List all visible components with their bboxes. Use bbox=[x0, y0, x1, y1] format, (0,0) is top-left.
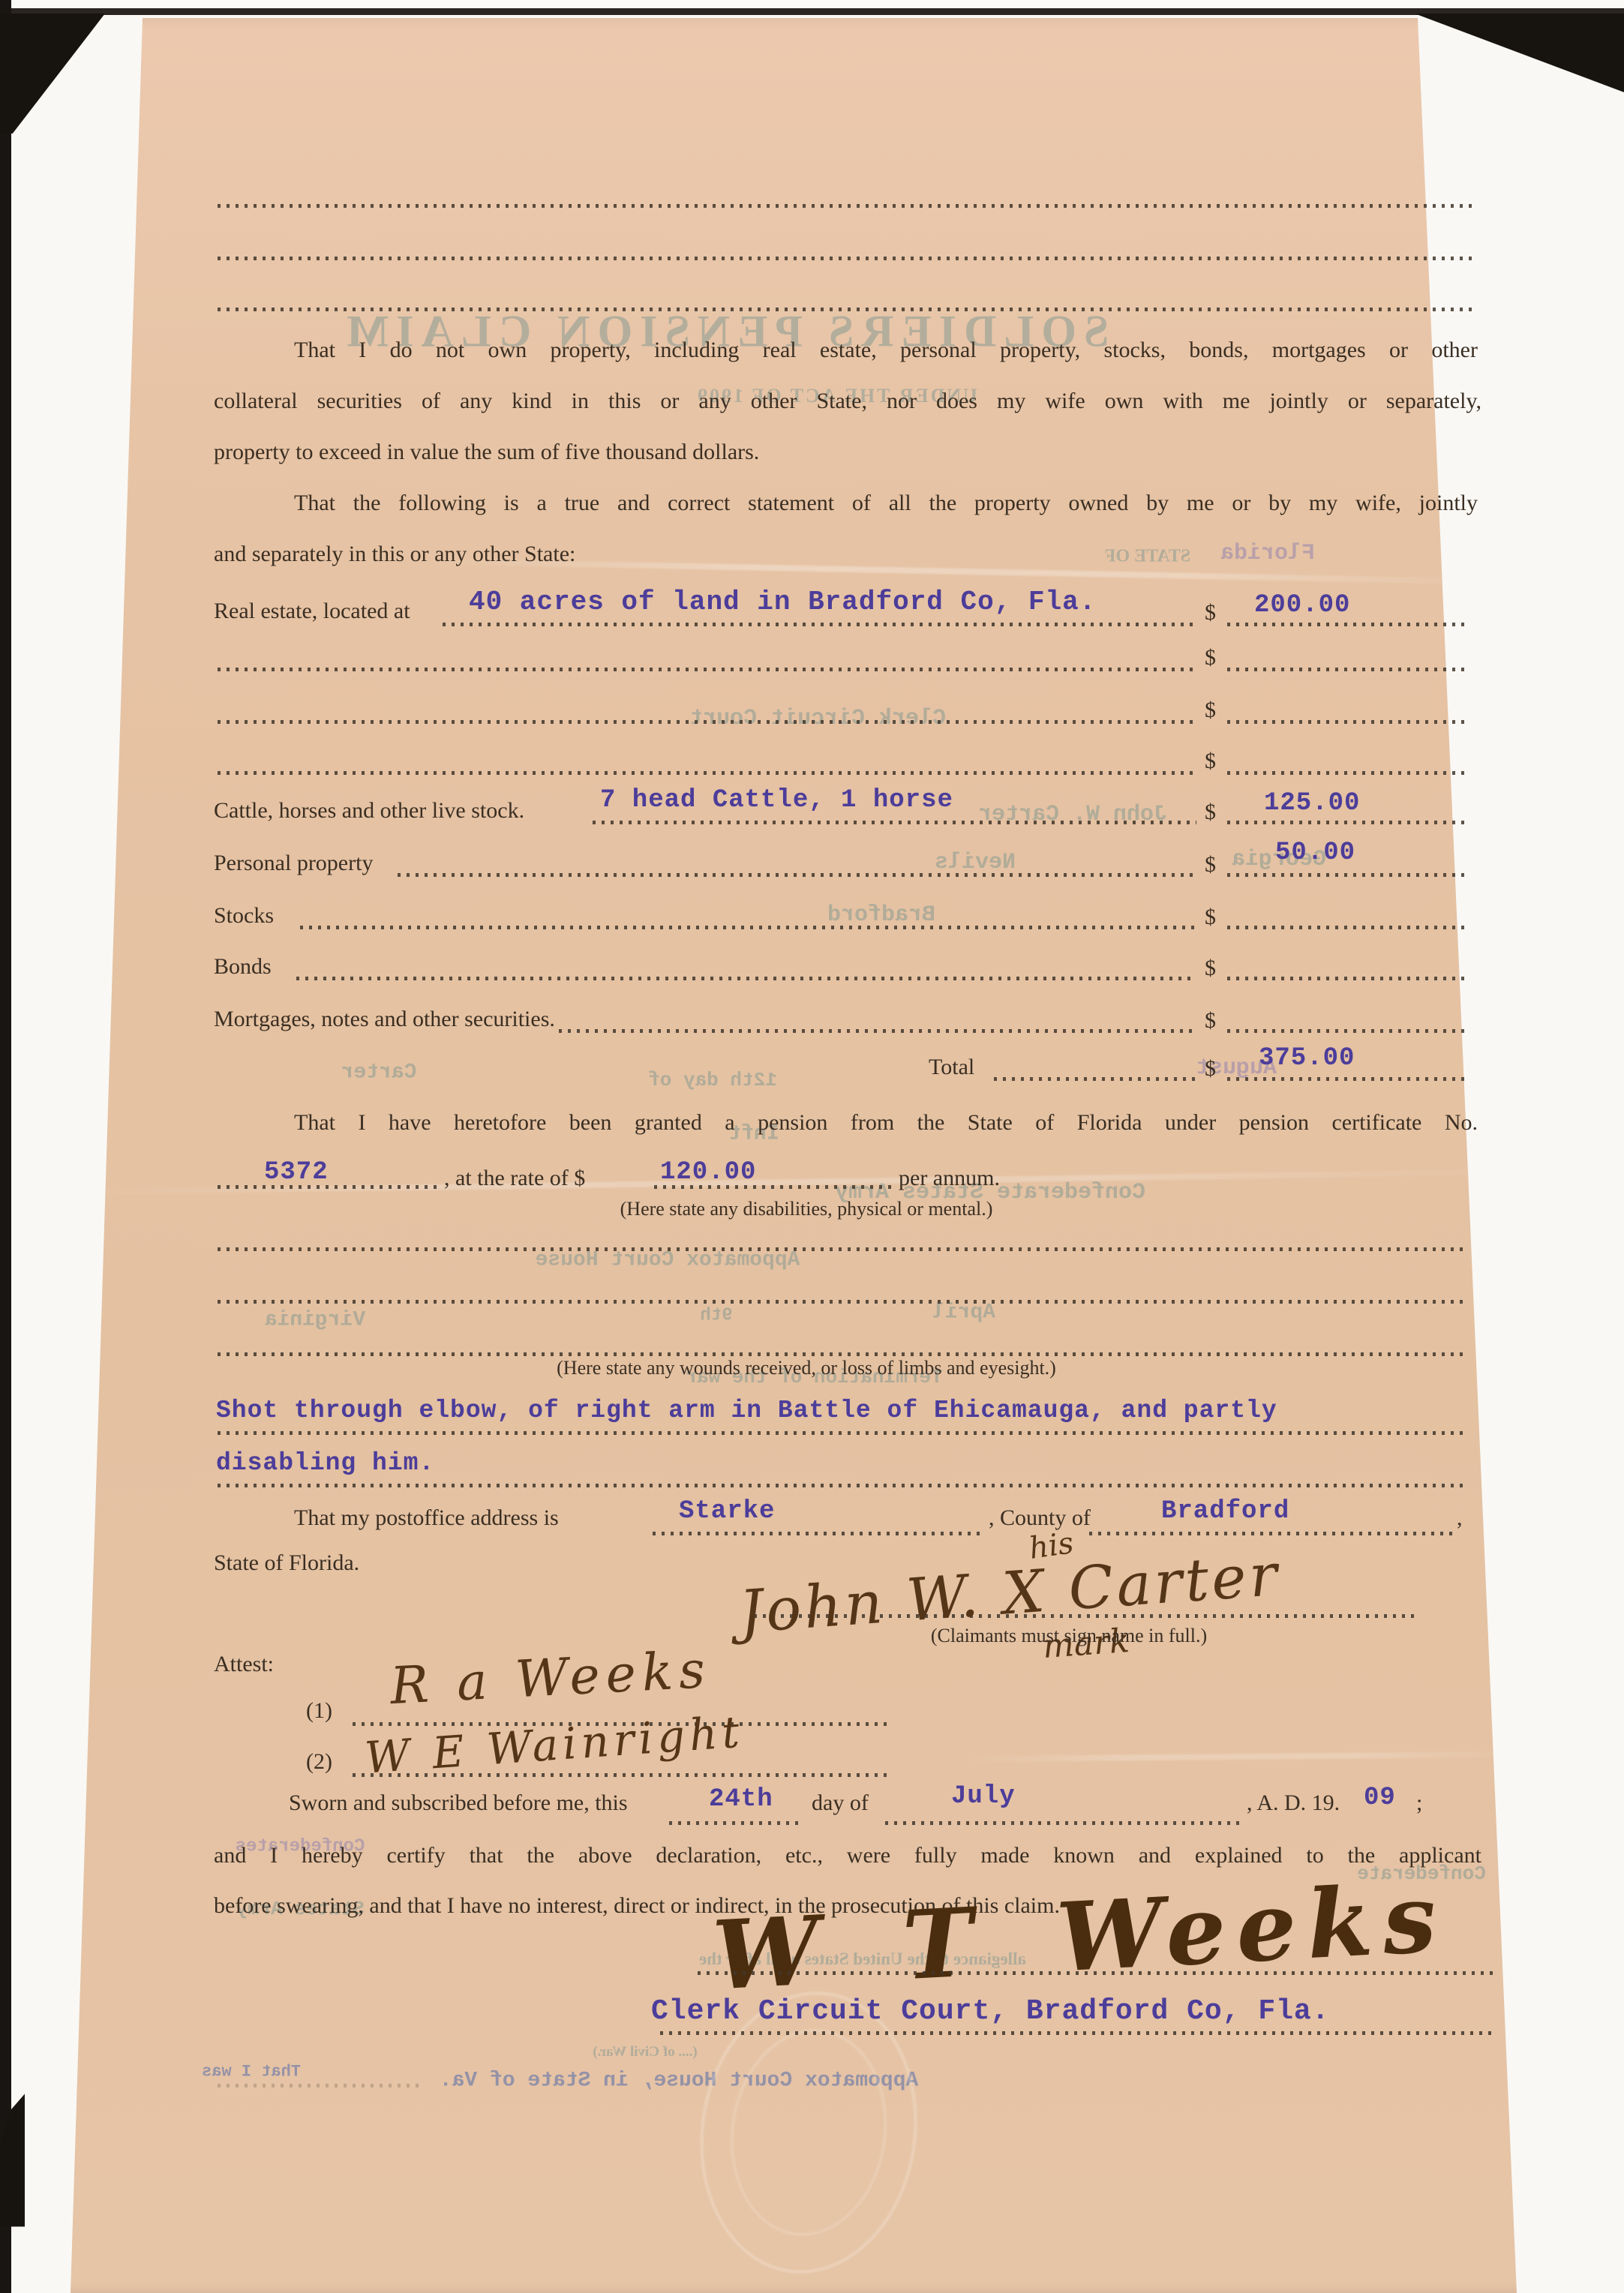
dotted-line bbox=[653, 1532, 983, 1535]
field-label-cattle: Cattle, horses and other live stock. bbox=[214, 797, 524, 825]
dotted-line bbox=[300, 926, 1196, 929]
per-annum-label: per annum. bbox=[899, 1164, 1000, 1193]
disabilities-caption: (Here state any disabilities, physical o… bbox=[620, 1197, 993, 1222]
ad-19-label: , A. D. 19. bbox=[1247, 1789, 1340, 1817]
field-label-bonds: Bonds bbox=[214, 953, 272, 981]
dotted-line bbox=[669, 1821, 804, 1825]
dotted-line bbox=[698, 1971, 1493, 1975]
day-of-label: day of bbox=[812, 1789, 869, 1817]
sign-name-caption: (Claimants must sign name in full.) bbox=[931, 1624, 1207, 1649]
dotted-line bbox=[218, 308, 1472, 311]
currency-sign: $ bbox=[1205, 903, 1216, 932]
scanned-pension-form: SOLDIERS PENSION CLAIMUNDER THE ACT OF 1… bbox=[0, 0, 1624, 2293]
dotted-line bbox=[660, 2031, 1491, 2035]
attest2-number: (2) bbox=[306, 1748, 332, 1776]
dotted-line bbox=[1227, 623, 1464, 626]
dotted-line bbox=[885, 1821, 1245, 1825]
dotted-line bbox=[218, 668, 1196, 671]
field-amount-total: 375.00 bbox=[1259, 1044, 1355, 1073]
dotted-line bbox=[559, 1029, 1196, 1033]
currency-sign: $ bbox=[1205, 747, 1216, 776]
dotted-line bbox=[1227, 821, 1464, 824]
paragraph-own-property-line3: property to exceed in value the sum of f… bbox=[214, 438, 759, 467]
currency-sign: $ bbox=[1205, 851, 1216, 879]
clerk-title-line: Clerk Circuit Court, Bradford Co, Fla. bbox=[651, 1995, 1330, 2027]
county-label: , County of bbox=[989, 1504, 1091, 1532]
dotted-line bbox=[1227, 926, 1464, 929]
currency-sign: $ bbox=[1205, 798, 1216, 827]
sworn-year-value: 09 bbox=[1364, 1784, 1396, 1812]
currency-sign: $ bbox=[1205, 599, 1216, 627]
paragraph-own-property-line1: That I do not own property, including re… bbox=[294, 336, 1478, 365]
claimant-his-mark-his: his bbox=[1027, 1526, 1076, 1566]
pension-rate-label: , at the rate of $ bbox=[444, 1164, 585, 1193]
currency-sign: $ bbox=[1205, 1055, 1216, 1083]
form-content: That I do not own property, including re… bbox=[0, 0, 1624, 2293]
dotted-line bbox=[593, 821, 1196, 824]
dotted-line bbox=[218, 1247, 1464, 1251]
dotted-line bbox=[1227, 668, 1464, 671]
attest1-number: (1) bbox=[306, 1697, 332, 1725]
county-value: Bradford bbox=[1161, 1497, 1289, 1526]
field-label-total: Total bbox=[929, 1053, 974, 1082]
certify-line1: and I hereby certify that the above decl… bbox=[214, 1841, 1481, 1870]
dotted-line bbox=[218, 204, 1472, 208]
paragraph-own-property-line2: collateral securities of any kind in thi… bbox=[214, 387, 1481, 416]
address-value: Starke bbox=[679, 1497, 775, 1526]
attest1-signature: R a Weeks bbox=[389, 1640, 712, 1716]
field-label-real-estate: Real estate, located at bbox=[214, 597, 410, 626]
field-label-stocks: Stocks bbox=[214, 902, 274, 930]
dotted-line bbox=[218, 771, 1196, 775]
dotted-line bbox=[1227, 977, 1464, 980]
dotted-line bbox=[218, 1300, 1464, 1304]
dotted-line bbox=[296, 977, 1196, 980]
field-value-cattle: 7 head Cattle, 1 horse bbox=[600, 786, 953, 815]
currency-sign: $ bbox=[1205, 954, 1216, 983]
field-value-real-estate: 40 acres of land in Bradford Co, Fla. bbox=[469, 587, 1096, 617]
field-label-personal: Personal property bbox=[214, 849, 373, 878]
wounds-statement-line1: Shot through elbow, of right arm in Batt… bbox=[216, 1397, 1277, 1424]
pension-certificate-number: 5372 bbox=[264, 1158, 329, 1187]
wounds-caption: (Here state any wounds received, or loss… bbox=[557, 1356, 1056, 1381]
wounds-statement-line2: disabling him. bbox=[216, 1449, 434, 1477]
dotted-line bbox=[218, 2084, 420, 2087]
dotted-line bbox=[994, 1077, 1196, 1081]
paragraph-statement-line2: and separately in this or any other Stat… bbox=[214, 540, 575, 569]
dotted-line bbox=[1227, 1029, 1464, 1033]
pension-paragraph-line1: That I have heretofore been granted a pe… bbox=[294, 1109, 1478, 1137]
dotted-line bbox=[1227, 1077, 1464, 1081]
dotted-line bbox=[443, 623, 1196, 626]
dotted-line bbox=[1227, 720, 1464, 724]
currency-sign: $ bbox=[1205, 1007, 1216, 1035]
notary-signature: W T Weeks bbox=[710, 1862, 1449, 2011]
state-of-florida-line: State of Florida. bbox=[214, 1549, 359, 1577]
trailing-comma: , bbox=[1457, 1504, 1463, 1532]
sworn-prefix: Sworn and subscribed before me, this bbox=[289, 1789, 628, 1817]
sworn-semicolon: ; bbox=[1416, 1789, 1422, 1817]
dotted-line bbox=[1227, 873, 1464, 877]
attest-label: Attest: bbox=[214, 1650, 274, 1679]
field-amount-personal: 50.00 bbox=[1275, 839, 1355, 867]
attest2-signature: W E Wainright bbox=[363, 1706, 745, 1783]
field-label-mortgages: Mortgages, notes and other securities. bbox=[214, 1005, 555, 1034]
field-amount-cattle: 125.00 bbox=[1264, 789, 1360, 818]
field-amount-real-estate: 200.00 bbox=[1254, 591, 1350, 620]
dotted-line bbox=[398, 873, 1196, 877]
dotted-line bbox=[1089, 1532, 1454, 1535]
currency-sign: $ bbox=[1205, 696, 1216, 725]
dotted-line bbox=[218, 720, 1196, 724]
currency-sign: $ bbox=[1205, 644, 1216, 672]
dotted-line bbox=[218, 257, 1472, 260]
pension-rate-value: 120.00 bbox=[660, 1158, 756, 1187]
address-label: That my postoffice address is bbox=[294, 1504, 559, 1532]
dotted-line bbox=[1227, 771, 1464, 775]
sworn-month-value: July bbox=[951, 1782, 1016, 1811]
dotted-line bbox=[218, 1484, 1464, 1487]
paragraph-statement-line1: That the following is a true and correct… bbox=[294, 489, 1478, 518]
sworn-day-value: 24th bbox=[709, 1785, 773, 1814]
dotted-line bbox=[218, 1431, 1464, 1435]
